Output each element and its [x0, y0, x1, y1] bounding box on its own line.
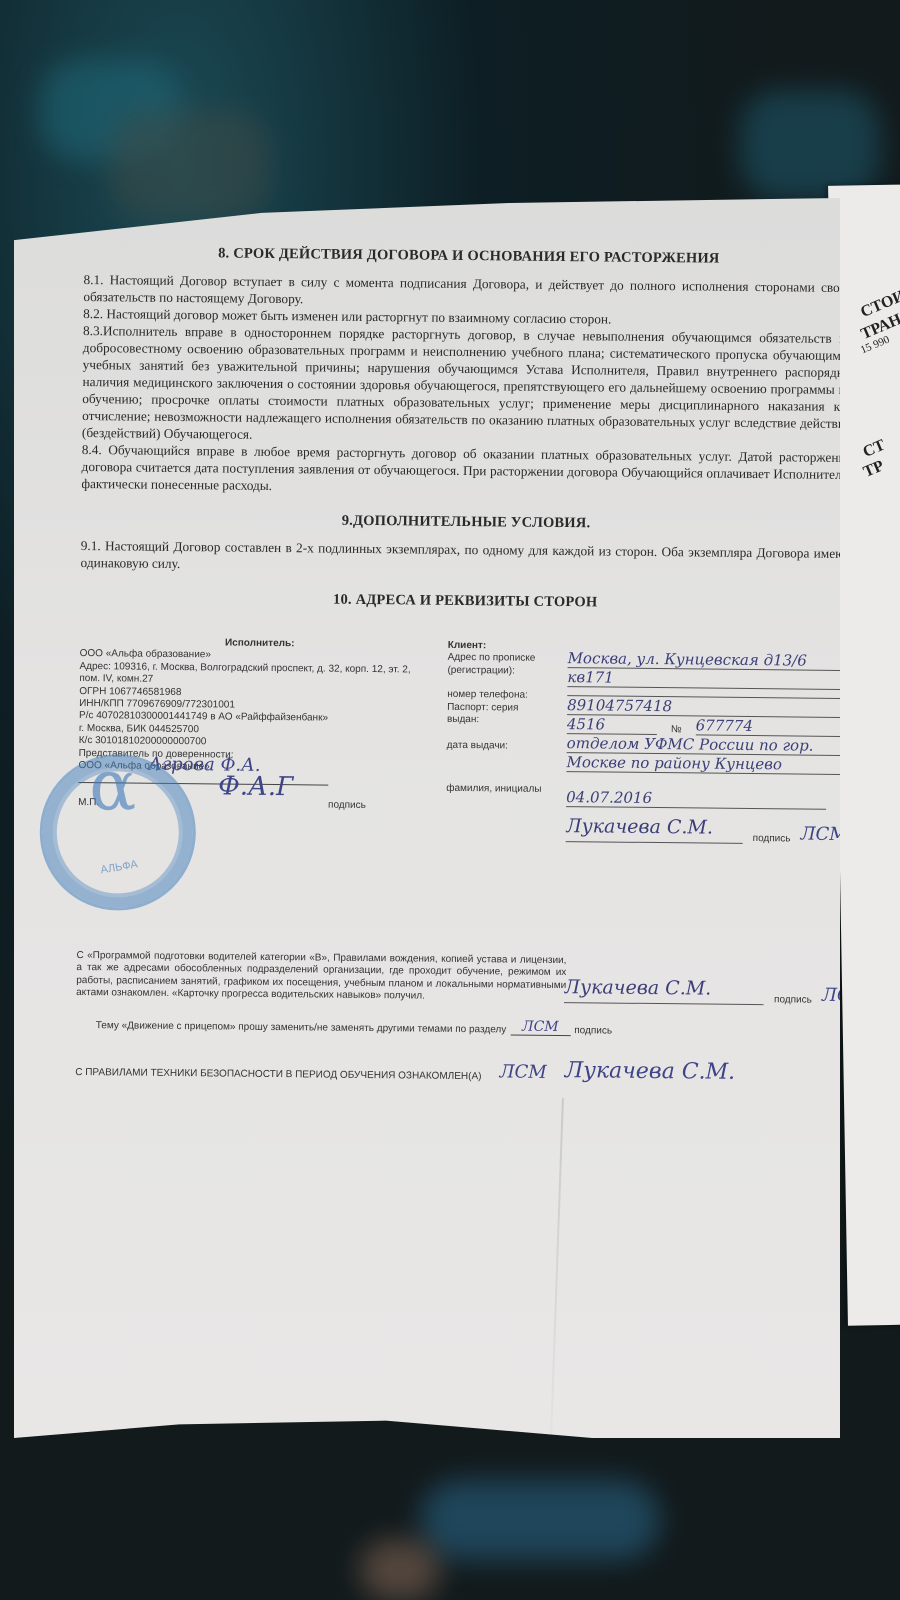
- issue-date-label: дата выдачи:: [447, 740, 567, 754]
- blanket-pattern: [420, 1480, 660, 1560]
- adjacent-page-text: СТ: [861, 437, 889, 462]
- passport-no-label: №: [671, 724, 682, 735]
- executor-signature-label: подпись: [328, 800, 366, 813]
- blanket-pattern: [740, 90, 880, 200]
- name-label: фамилия, инициалы: [446, 783, 566, 797]
- executor-block: Исполнитель: ООО «Альфа образование» Адр…: [78, 636, 440, 817]
- client-fields: Москва, ул. Кунцевская д13/6 кв171 89104…: [566, 641, 850, 845]
- passport-number-field[interactable]: 677774: [696, 716, 849, 737]
- trailer-signature-label: подпись: [574, 1025, 612, 1036]
- ack-signature-label: подпись: [774, 994, 812, 1005]
- client-name-field[interactable]: Лукачева С.М.: [566, 817, 743, 844]
- address-label: Адрес по прописке (регистрации):: [447, 652, 542, 678]
- contract-content: 8. СРОК ДЕЙСТВИЯ ДОГОВОРА И ОСНОВАНИЯ ЕГ…: [75, 238, 854, 1086]
- executor-signature: Ф.А.Г: [218, 781, 293, 794]
- client-signature-label: подпись: [753, 833, 791, 844]
- requisites-block: Исполнитель: ООО «Альфа образование» Адр…: [76, 636, 849, 974]
- trailer-text: Тему «Движение с прицепом» прошу заменит…: [96, 1020, 507, 1035]
- safety-text: С ПРАВИЛАМИ ТЕХНИКИ БЕЗОПАСНОСТИ В ПЕРИО…: [75, 1067, 481, 1082]
- section-9-title: 9.ДОПОЛНИТЕЛЬНЫЕ УСЛОВИЯ.: [81, 510, 851, 535]
- phone-label: номер телефона:: [447, 689, 567, 703]
- blanket-pattern: [360, 1540, 440, 1600]
- adjacent-page-text: ТР: [861, 457, 887, 482]
- clause-8-4: 8.4. Обучающийся вправе в любое время ра…: [81, 441, 851, 500]
- safety-name: Лукачева С.М.: [565, 1058, 736, 1085]
- company-stamp: α АЛЬФА: [39, 754, 197, 912]
- safety-signature: ЛСМ: [499, 1061, 546, 1082]
- clause-8-3: 8.3.Исполнитель вправе в одностороннем п…: [82, 322, 853, 449]
- passport-series-field[interactable]: 4516: [567, 715, 657, 735]
- paper-crease: [550, 1098, 564, 1438]
- blanket-pattern: [110, 110, 270, 220]
- trailer-signature: ЛСМ: [510, 1018, 570, 1036]
- issue-date-field[interactable]: 04.07.2016: [566, 788, 826, 810]
- client-labels: Клиент: Адрес по прописке (регистрации):…: [446, 640, 568, 796]
- section-8-title: 8. СРОК ДЕЙСТВИЯ ДОГОВОРА И ОСНОВАНИЯ ЕГ…: [84, 244, 854, 269]
- ack-name-field[interactable]: Лукачева С.М.: [564, 978, 764, 1005]
- alpha-logo-icon: α: [89, 779, 136, 792]
- issued-label: выдан:: [447, 714, 567, 728]
- contract-page: 8. СРОК ДЕЙСТВИЯ ДОГОВОРА И ОСНОВАНИЯ ЕГ…: [14, 198, 840, 1438]
- section-10-title: 10. АДРЕСА И РЕКВИЗИТЫ СТОРОН: [80, 589, 850, 614]
- stamp-text: АЛЬФА: [100, 858, 139, 876]
